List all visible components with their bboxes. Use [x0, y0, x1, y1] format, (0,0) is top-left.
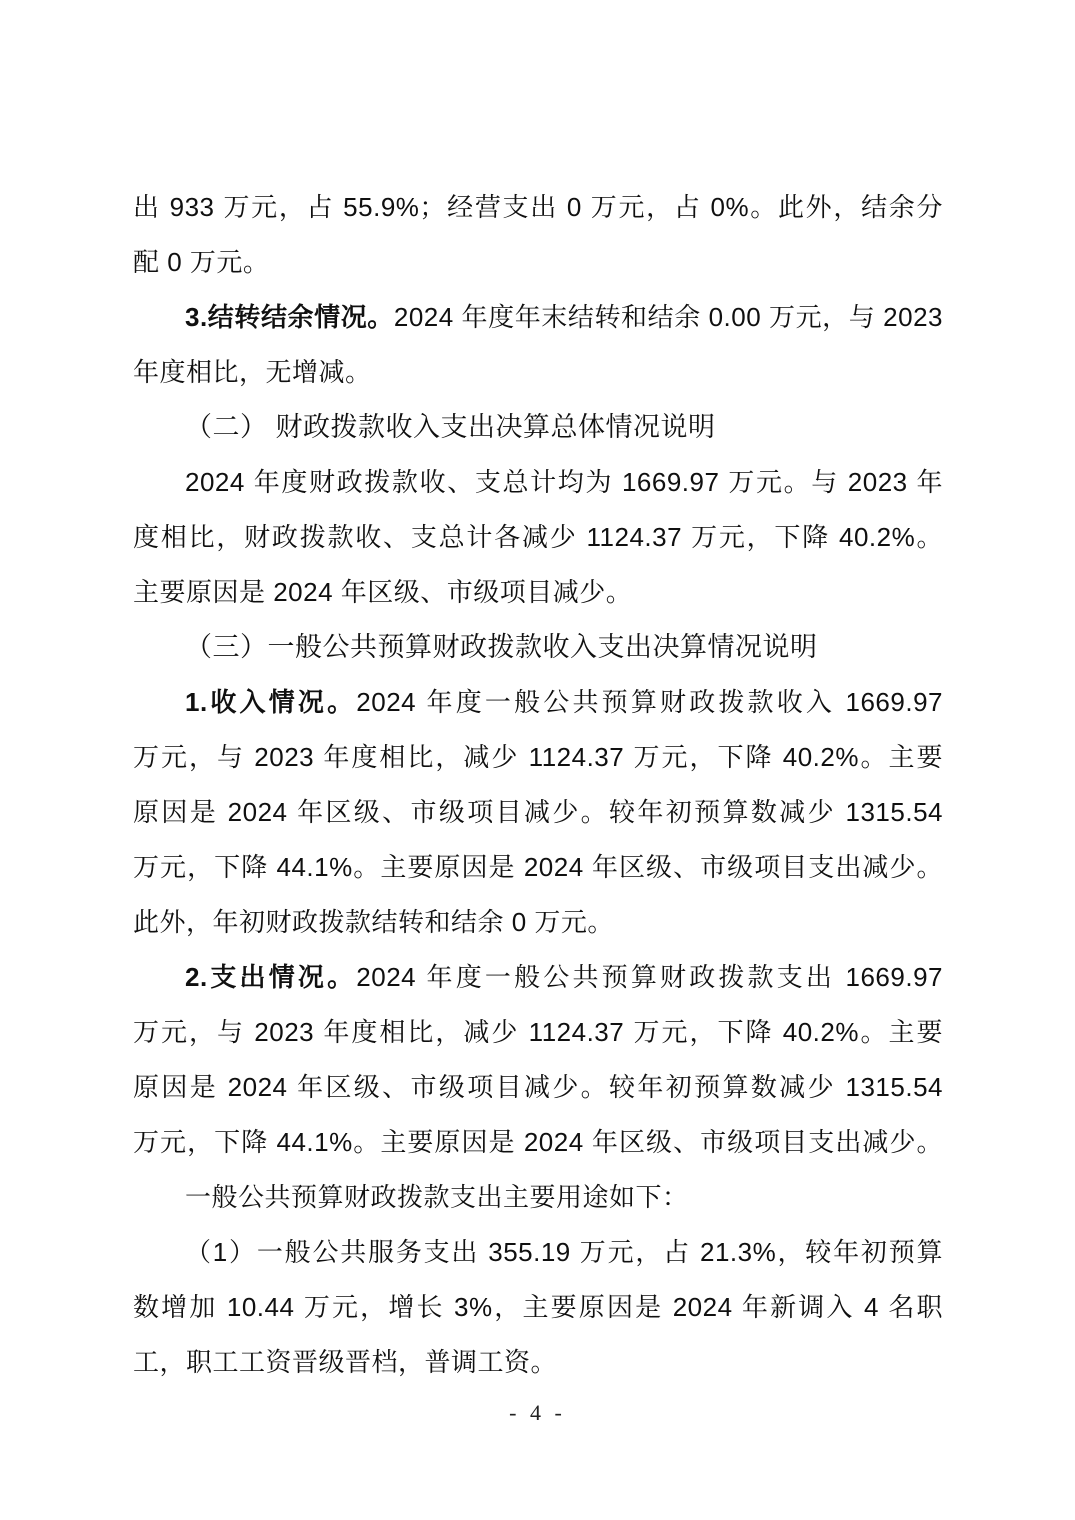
text-line: （1）一般公共服务支出 355.19 万元，占 21.3%，较年初预算 — [133, 1225, 943, 1280]
bold-lead-text: 2.支出情况。 — [185, 962, 356, 992]
body-text: 数增加 10.44 万元，增长 3%，主要原因是 2024 年新调入 4 名职 — [133, 1292, 943, 1322]
text-line: 主要原因是 2024 年区级、市级项目减少。 — [133, 565, 943, 620]
text-line: 万元，与 2023 年度相比，减少 1124.37 万元，下降 40.2%。主要 — [133, 730, 943, 785]
body-text: 万元，与 2023 年度相比，减少 1124.37 万元，下降 40.2%。主要 — [133, 742, 943, 772]
body-text: 出 933 万元，占 55.9%；经营支出 0 万元，占 0%。此外，结余分 — [133, 192, 943, 222]
text-line: （三）一般公共预算财政拨款收入支出决算情况说明 — [133, 620, 943, 675]
paragraph-balance-distribution-continuation: 出 933 万元，占 55.9%；经营支出 0 万元，占 0%。此外，结余分配 … — [133, 180, 943, 290]
text-line: 原因是 2024 年区级、市级项目减少。较年初预算数减少 1315.54 — [133, 785, 943, 840]
body-text: 度相比，财政拨款收、支总计各减少 1124.37 万元，下降 40.2%。 — [133, 522, 943, 552]
document-page: { "page": { "number": "- 4 -", "backgrou… — [0, 0, 1075, 1520]
body-text: 原因是 2024 年区级、市级项目减少。较年初预算数减少 1315.54 — [133, 1072, 943, 1102]
section-heading-3: （三）一般公共预算财政拨款收入支出决算情况说明 — [133, 620, 943, 675]
section-heading-2: （二） 财政拨款收入支出决算总体情况说明 — [133, 400, 943, 455]
body-text: 万元，下降 44.1%。主要原因是 2024 年区级、市级项目支出减少。 — [133, 1127, 943, 1157]
text-line: 原因是 2024 年区级、市级项目减少。较年初预算数减少 1315.54 — [133, 1060, 943, 1115]
text-line: 工，职工工资晋级晋档，普调工资。 — [133, 1335, 943, 1390]
body-text: 万元，下降 44.1%。主要原因是 2024 年区级、市级项目支出减少。 — [133, 852, 943, 882]
text-line: 3.结转结余情况。2024 年度年末结转和结余 0.00 万元，与 2023 — [133, 290, 943, 345]
body-text: 主要原因是 2024 年区级、市级项目减少。 — [133, 577, 632, 607]
body-text: 2024 年度一般公共预算财政拨款收入 1669.97 — [356, 687, 943, 717]
body-text: （三）一般公共预算财政拨款收入支出决算情况说明 — [185, 632, 818, 662]
text-line: 度相比，财政拨款收、支总计各减少 1124.37 万元，下降 40.2%。 — [133, 510, 943, 565]
body-text: （二） 财政拨款收入支出决算总体情况说明 — [185, 412, 716, 442]
page-number: - 4 - — [0, 1396, 1075, 1430]
body-text: 2024 年度年末结转和结余 0.00 万元，与 2023 — [394, 302, 943, 332]
paragraph-income-situation: 1.收入情况。2024 年度一般公共预算财政拨款收入 1669.97万元，与 2… — [133, 675, 943, 950]
body-text: 年度相比，无增减。 — [133, 357, 372, 387]
bold-lead-text: 3.结转结余情况。 — [185, 302, 394, 332]
paragraph-carryover-balance: 3.结转结余情况。2024 年度年末结转和结余 0.00 万元，与 2023年度… — [133, 290, 943, 400]
text-line: 2.支出情况。2024 年度一般公共预算财政拨款支出 1669.97 — [133, 950, 943, 1005]
paragraph-general-public-service: （1）一般公共服务支出 355.19 万元，占 21.3%，较年初预算数增加 1… — [133, 1225, 943, 1390]
text-line: 一般公共预算财政拨款支出主要用途如下： — [133, 1170, 943, 1225]
text-line: 年度相比，无增减。 — [133, 345, 943, 400]
body-text: （1）一般公共服务支出 355.19 万元，占 21.3%，较年初预算 — [185, 1237, 943, 1267]
paragraph-fiscal-appropriation-total: 2024 年度财政拨款收、支总计均为 1669.97 万元。与 2023 年度相… — [133, 455, 943, 620]
text-line: 此外，年初财政拨款结转和结余 0 万元。 — [133, 895, 943, 950]
text-line: 万元，下降 44.1%。主要原因是 2024 年区级、市级项目支出减少。 — [133, 840, 943, 895]
body-text: 此外，年初财政拨款结转和结余 0 万元。 — [133, 907, 614, 937]
body-text: 一般公共预算财政拨款支出主要用途如下： — [185, 1182, 689, 1212]
paragraph-expenditure-situation: 2.支出情况。2024 年度一般公共预算财政拨款支出 1669.97万元，与 2… — [133, 950, 943, 1170]
text-line: 2024 年度财政拨款收、支总计均为 1669.97 万元。与 2023 年 — [133, 455, 943, 510]
body-text: 工，职工工资晋级晋档，普调工资。 — [133, 1347, 557, 1377]
document-body: 出 933 万元，占 55.9%；经营支出 0 万元，占 0%。此外，结余分配 … — [133, 180, 943, 1390]
text-line: 万元，下降 44.1%。主要原因是 2024 年区级、市级项目支出减少。 — [133, 1115, 943, 1170]
text-line: 数增加 10.44 万元，增长 3%，主要原因是 2024 年新调入 4 名职 — [133, 1280, 943, 1335]
text-line: 出 933 万元，占 55.9%；经营支出 0 万元，占 0%。此外，结余分 — [133, 180, 943, 235]
body-text: 万元，与 2023 年度相比，减少 1124.37 万元，下降 40.2%。主要 — [133, 1017, 943, 1047]
bold-lead-text: 1.收入情况。 — [185, 687, 356, 717]
paragraph-main-uses-lead: 一般公共预算财政拨款支出主要用途如下： — [133, 1170, 943, 1225]
body-text: 原因是 2024 年区级、市级项目减少。较年初预算数减少 1315.54 — [133, 797, 943, 827]
text-line: 1.收入情况。2024 年度一般公共预算财政拨款收入 1669.97 — [133, 675, 943, 730]
text-line: 配 0 万元。 — [133, 235, 943, 290]
body-text: 2024 年度财政拨款收、支总计均为 1669.97 万元。与 2023 年 — [185, 467, 943, 497]
body-text: 2024 年度一般公共预算财政拨款支出 1669.97 — [356, 962, 943, 992]
text-line: （二） 财政拨款收入支出决算总体情况说明 — [133, 400, 943, 455]
body-text: 配 0 万元。 — [133, 247, 269, 277]
text-line: 万元，与 2023 年度相比，减少 1124.37 万元，下降 40.2%。主要 — [133, 1005, 943, 1060]
